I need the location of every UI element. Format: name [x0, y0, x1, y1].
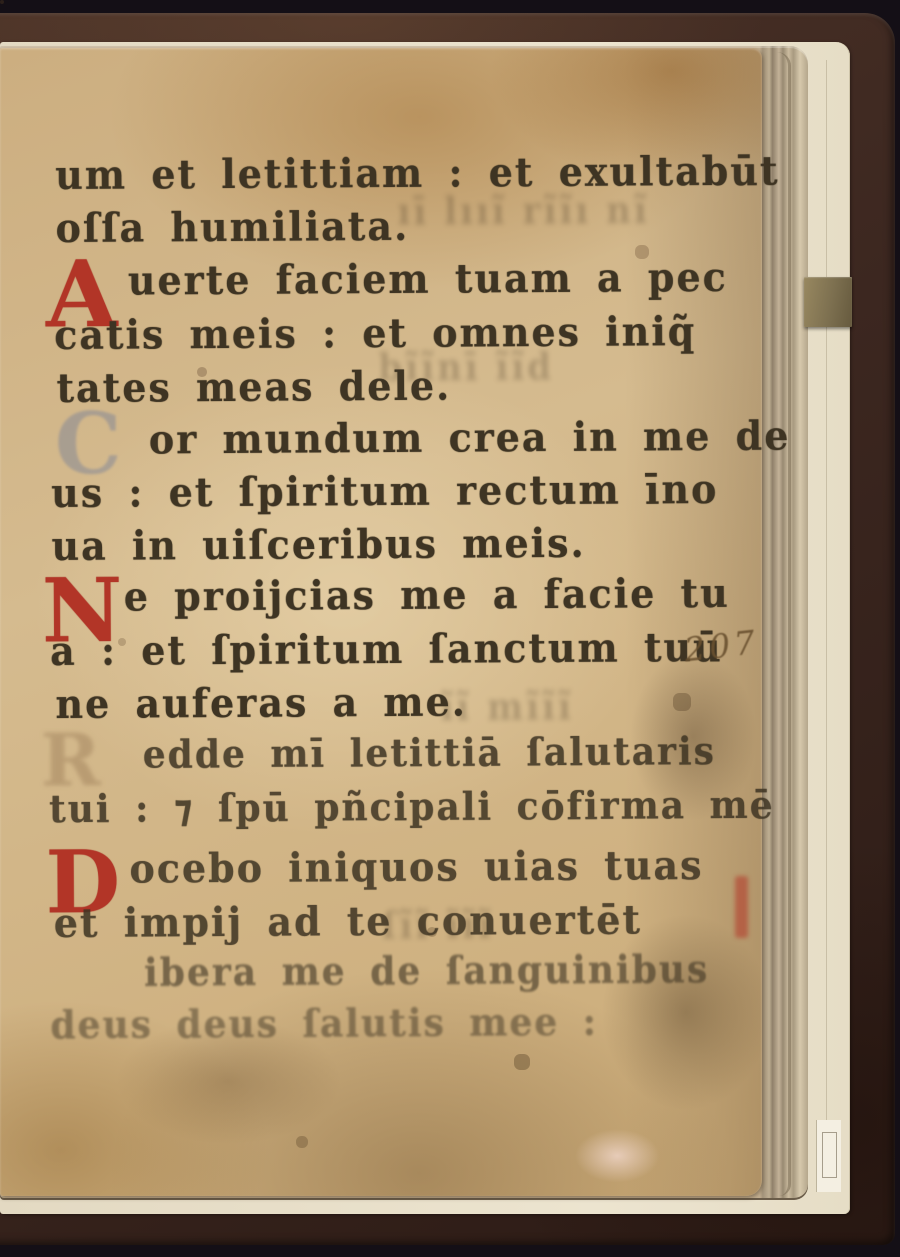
flyleaf-sheet-edge	[826, 60, 827, 1190]
red-ink-offset-mark	[735, 876, 748, 938]
manuscript-page	[0, 48, 762, 1196]
bookmark-tab	[804, 277, 852, 327]
paper-slip	[817, 1120, 841, 1192]
paper-slip-outline	[822, 1132, 837, 1178]
parchment-stains	[0, 0, 4, 4]
